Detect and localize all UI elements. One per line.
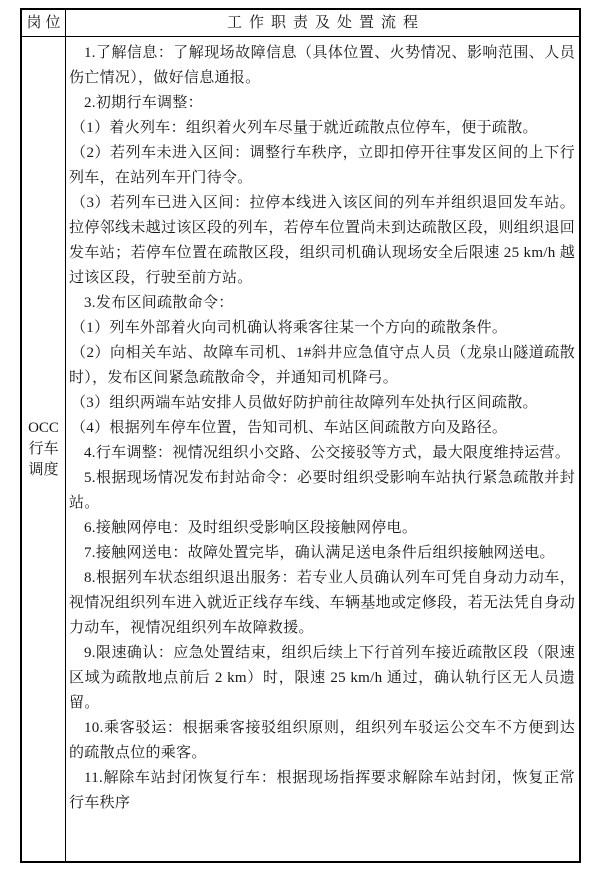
- duty-paragraph-3-1: （1）列车外部着火向司机确认将乘客往某一个方向的疏散条件。: [69, 316, 575, 341]
- duty-paragraph-9: 9.限速确认：应急处置结束，组织后续上下行首列车接近疏散区段（限速区域为疏散地点…: [69, 641, 575, 716]
- duty-paragraph-5: 5.根据现场情况发布封站命令：必要时组织受影响车站执行紧急疏散并封站。: [69, 466, 575, 516]
- table-header-row: 岗位 工作职责及处置流程: [22, 10, 579, 37]
- duty-paragraph-10: 10.乘客驳运：根据乘客接驳组织原则，组织列车驳运公交车不方便到达的疏散点位的乘…: [69, 716, 575, 766]
- position-cell: OCC 行车 调度: [22, 37, 66, 861]
- duty-paragraph-8: 8.根据列车状态组织退出服务：若专业人员确认列车可凭自身动力动车，视情况组织列车…: [69, 566, 575, 641]
- position-line-diaodu: 调度: [28, 460, 58, 481]
- duty-paragraph-7: 7.接触网送电：故障处置完毕，确认满足送电条件后组织接触网送电。: [69, 541, 575, 566]
- position-column-label: 岗位: [22, 11, 64, 36]
- duty-paragraph-3-4: （4）根据列车停车位置，告知司机、车站区间疏散方向及路径。: [69, 416, 575, 441]
- position-line-xingche: 行车: [28, 439, 58, 460]
- duties-table: 岗位 工作职责及处置流程 OCC 行车 调度 1.了解信息：了解现场故障信息（具…: [20, 8, 581, 863]
- duty-paragraph-3: 3.发布区间疏散命令：: [69, 291, 575, 316]
- header-cell-duties: 工作职责及处置流程: [66, 10, 579, 36]
- duty-paragraph-2: 2.初期行车调整：: [69, 91, 575, 116]
- duty-paragraph-3-3: （3）组织两端车站安排人员做好防护前往故障列车处执行区间疏散。: [69, 391, 575, 416]
- duty-paragraph-3-2: （2）向相关车站、故障车司机、1#斜井应急值守点人员（龙泉山隧道疏散时），发布区…: [69, 341, 575, 391]
- duty-paragraph-4: 4.行车调整：视情况组织小交路、公交接驳等方式，最大限度维持运营。: [69, 441, 575, 466]
- duty-paragraph-1: 1.了解信息：了解现场故障信息（具体位置、火势情况、影响范围、人员伤亡情况），做…: [69, 41, 575, 91]
- duties-column-label: 工作职责及处置流程: [220, 11, 425, 36]
- duties-cell: 1.了解信息：了解现场故障信息（具体位置、火势情况、影响范围、人员伤亡情况），做…: [66, 37, 579, 861]
- header-cell-position: 岗位: [22, 10, 66, 36]
- duty-paragraph-2-3: （3）若列车已进入区间：拉停本线进入该区间的列车并组织退回发车站。拉停邻线未越过…: [69, 191, 575, 291]
- duty-paragraph-6: 6.接触网停电：及时组织受影响区段接触网停电。: [69, 516, 575, 541]
- duty-paragraph-2-1: （1）着火列车：组织着火列车尽量于就近疏散点位停车，便于疏散。: [69, 116, 575, 141]
- position-line-occ: OCC: [28, 418, 59, 439]
- duty-paragraph-11: 11.解除车站封闭恢复行车：根据现场指挥要求解除车站封闭，恢复正常行车秩序: [69, 766, 575, 816]
- table-body-row: OCC 行车 调度 1.了解信息：了解现场故障信息（具体位置、火势情况、影响范围…: [22, 37, 579, 861]
- document-page: 岗位 工作职责及处置流程 OCC 行车 调度 1.了解信息：了解现场故障信息（具…: [0, 0, 591, 870]
- duty-paragraph-2-2: （2）若列车未进入区间：调整行车秩序，立即扣停开往事发区间的上下行列车，在站列车…: [69, 141, 575, 191]
